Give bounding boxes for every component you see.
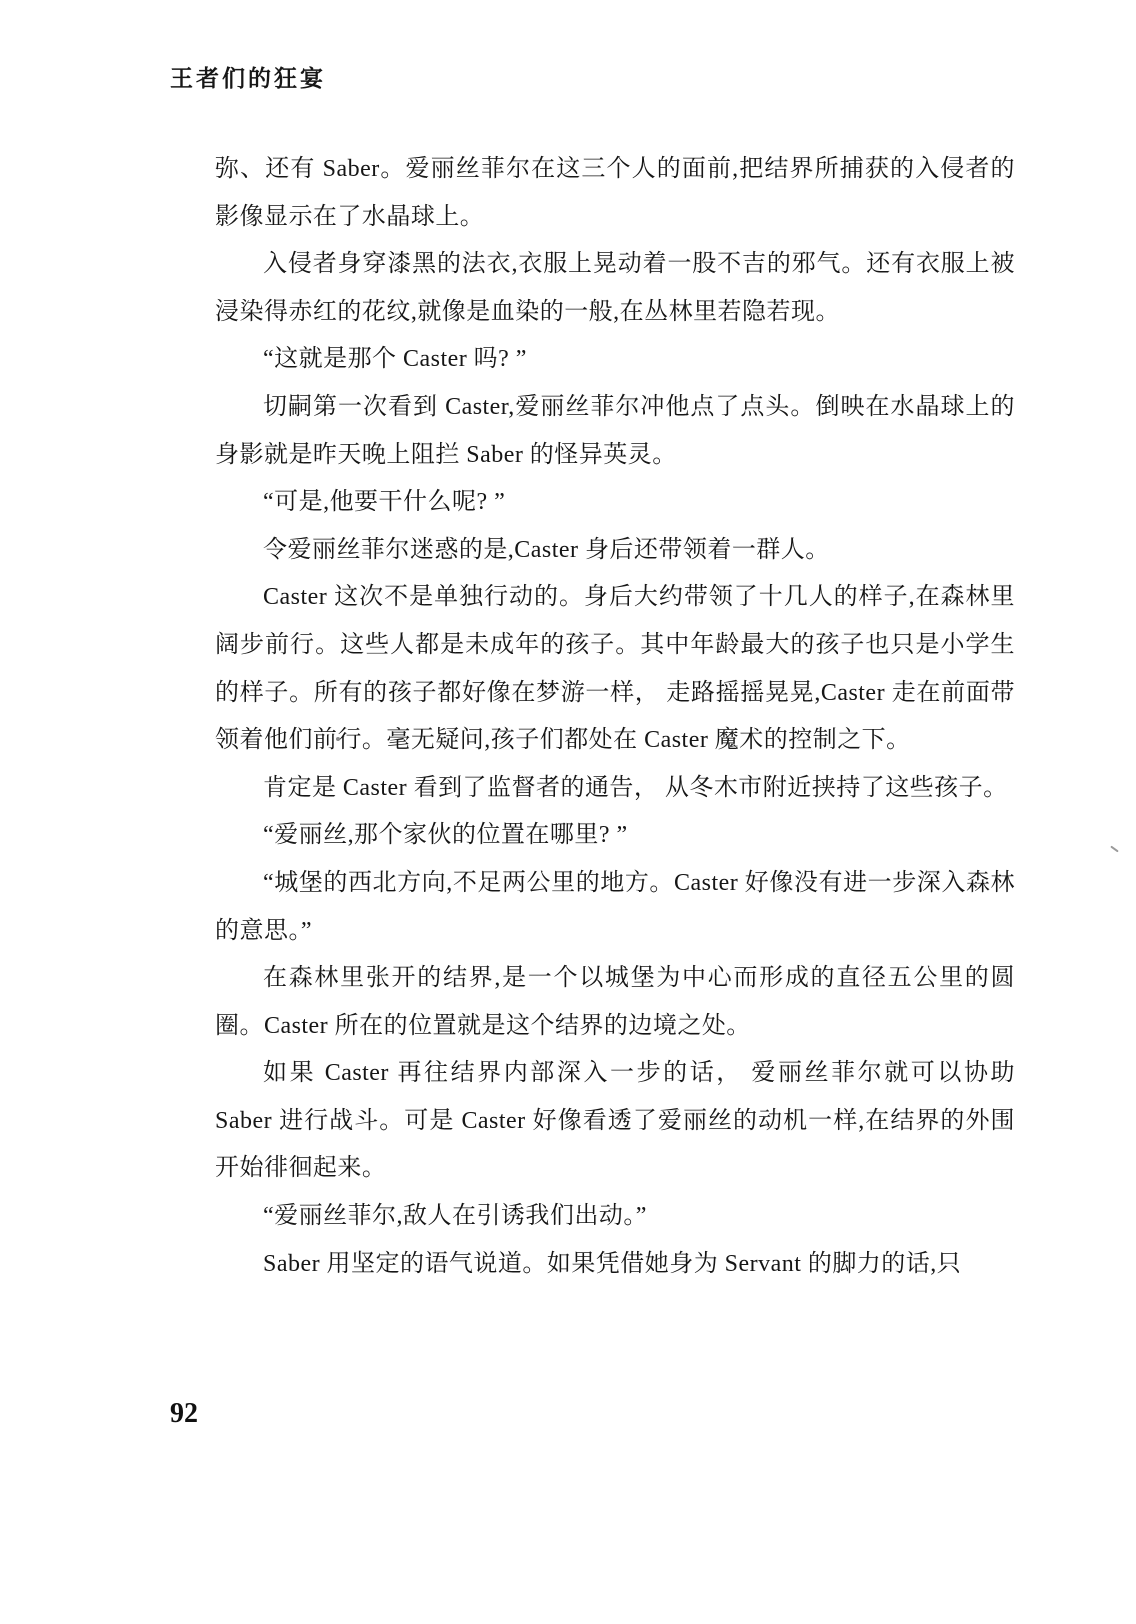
paragraph-dialogue: “这就是那个 Caster 吗? ” xyxy=(215,336,1015,384)
paragraph-dialogue: “爱丽丝,那个家伙的位置在哪里? ” xyxy=(215,812,1015,860)
paragraph: 弥、还有 Saber。爱丽丝菲尔在这三个人的面前,把结界所捕获的入侵者的影像显示… xyxy=(215,146,1015,241)
paragraph: 切嗣第一次看到 Caster,爱丽丝菲尔冲他点了点头。倒映在水晶球上的身影就是昨… xyxy=(215,384,1015,479)
body-text: 弥、还有 Saber。爱丽丝菲尔在这三个人的面前,把结界所捕获的入侵者的影像显示… xyxy=(215,146,1015,1288)
paragraph-dialogue: “可是,他要干什么呢? ” xyxy=(215,479,1015,527)
scan-artifact-tick xyxy=(1110,846,1119,853)
scan-artifact-dot xyxy=(336,737,340,741)
page-number: 92 xyxy=(170,1398,198,1430)
running-header: 王者们的狂宴 xyxy=(170,60,326,93)
paragraph: 如果 Caster 再往结界内部深入一步的话， 爱丽丝菲尔就可以协助 Saber… xyxy=(215,1050,1015,1193)
paragraph: Caster 这次不是单独行动的。身后大约带领了十几人的样子,在森林里阔步前行。… xyxy=(215,574,1015,764)
paragraph-dialogue: “城堡的西北方向,不足两公里的地方。Caster 好像没有进一步深入森林的意思。… xyxy=(215,860,1015,955)
paragraph: 令爱丽丝菲尔迷惑的是,Caster 身后还带领着一群人。 xyxy=(215,527,1015,575)
paragraph: 入侵者身穿漆黑的法衣,衣服上晃动着一股不吉的邪气。还有衣服上被浸染得赤红的花纹,… xyxy=(215,241,1015,336)
paragraph: 在森林里张开的结界,是一个以城堡为中心而形成的直径五公里的圆圈。Caster 所… xyxy=(215,955,1015,1050)
paragraph-dialogue: “爱丽丝菲尔,敌人在引诱我们出动。” xyxy=(215,1193,1015,1241)
paragraph: 肯定是 Caster 看到了监督者的通告， 从冬木市附近挟持了这些孩子。 xyxy=(215,765,1015,813)
scanned-book-page: 王者们的狂宴 弥、还有 Saber。爱丽丝菲尔在这三个人的面前,把结界所捕获的入… xyxy=(0,0,1136,1624)
paragraph: Saber 用坚定的语气说道。如果凭借她身为 Servant 的脚力的话,只 xyxy=(215,1241,1015,1289)
